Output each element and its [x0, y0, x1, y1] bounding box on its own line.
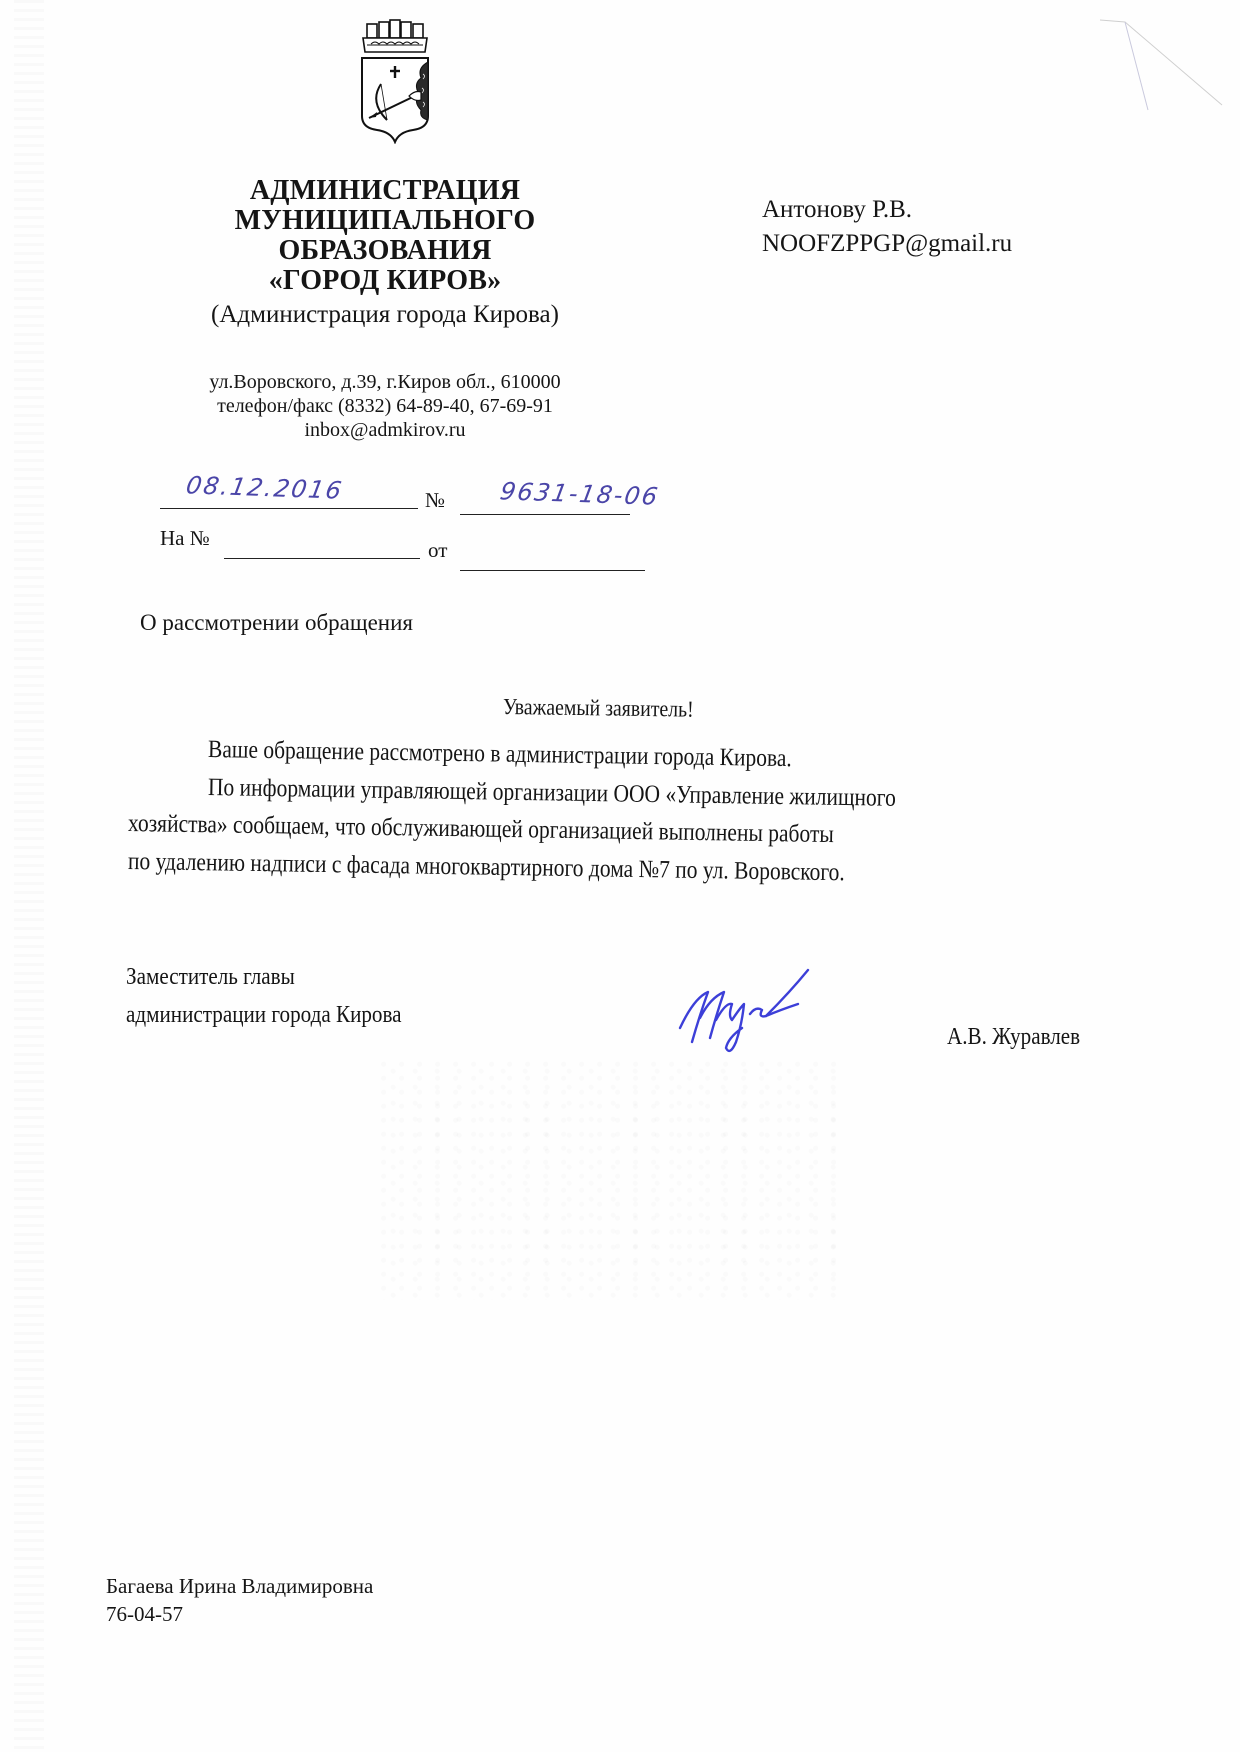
- org-contacts: ул.Воровского, д.39, г.Киров обл., 61000…: [150, 370, 620, 442]
- from-date-underline: [460, 570, 645, 571]
- org-name-line: АДМИНИСТРАЦИЯ: [160, 176, 610, 206]
- org-email: inbox@admkirov.ru: [150, 418, 620, 442]
- signatory-title-line1: Заместитель главы: [126, 958, 402, 996]
- registration-date: 08.12.2016: [184, 471, 345, 504]
- registration-number: 9631-18-06: [498, 477, 662, 511]
- letter-page: АДМИНИСТРАЦИЯ МУНИЦИПАЛЬНОГО ОБРАЗОВАНИЯ…: [0, 0, 1240, 1752]
- executor-name: Багаева Ирина Владимировна: [106, 1572, 373, 1600]
- letter-subject: О рассмотрении обращения: [140, 610, 413, 636]
- salutation: Уважаемый заявитель!: [503, 694, 694, 723]
- handwritten-signature-icon: [670, 958, 850, 1058]
- page-corner-fold: [1100, 0, 1240, 120]
- date-underline: [160, 508, 418, 509]
- recipient-block: Антонову Р.В. NOOFZPPGP@gmail.ru: [762, 193, 1012, 261]
- org-name-line: МУНИЦИПАЛЬНОГО: [160, 206, 610, 236]
- executor-phone: 76-04-57: [106, 1600, 373, 1628]
- org-phone: телефон/факс (8332) 64-89-40, 67-69-91: [150, 394, 620, 418]
- body-line: Ваше обращение рассмотрено в администрац…: [208, 736, 792, 773]
- signatory-title: Заместитель главы администрации города К…: [126, 958, 439, 1034]
- org-address: ул.Воровского, д.39, г.Киров обл., 61000…: [150, 370, 620, 394]
- number-underline: [460, 514, 630, 515]
- body-line: По информации управляющей организации ОО…: [208, 774, 896, 813]
- body-line: по удалению надписи с фасада многокварти…: [128, 848, 845, 887]
- executor-block: Багаева Ирина Владимировна 76-04-57: [106, 1572, 373, 1628]
- org-header: АДМИНИСТРАЦИЯ МУНИЦИПАЛЬНОГО ОБРАЗОВАНИЯ…: [160, 176, 610, 332]
- kirov-coat-of-arms-icon: [357, 18, 433, 144]
- from-label: от: [428, 538, 447, 563]
- recipient-name: Антонову Р.В.: [762, 193, 1012, 227]
- number-label: №: [425, 488, 445, 513]
- signatory-title-line2: администрации города Кирова: [126, 996, 402, 1034]
- body-line: хозяйства» сообщаем, что обслуживающей о…: [128, 810, 834, 849]
- recipient-email: NOOFZPPGP@gmail.ru: [762, 227, 1012, 261]
- scan-edge-artifact: [14, 0, 44, 1752]
- reply-to-label: На №: [160, 526, 210, 551]
- org-name-line: ОБРАЗОВАНИЯ: [160, 236, 610, 266]
- org-name-line: «ГОРОД КИРОВ»: [160, 266, 610, 296]
- reply-to-underline: [224, 558, 420, 559]
- signatory-name: А.В. Журавлев: [947, 1024, 1080, 1051]
- scan-bleed-through: [380, 1060, 840, 1300]
- org-short-name: (Администрация города Кирова): [160, 298, 610, 332]
